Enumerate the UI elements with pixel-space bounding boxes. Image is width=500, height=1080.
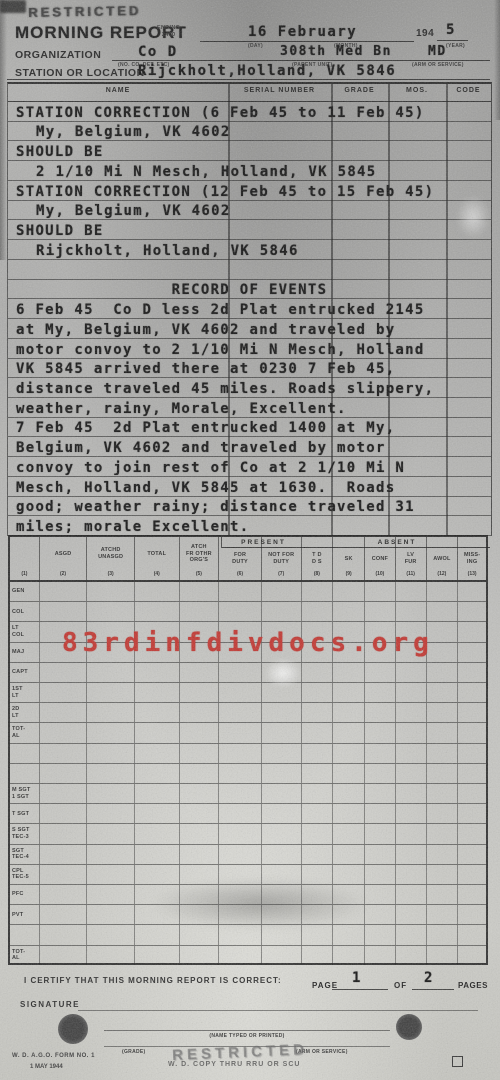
strength-cell — [427, 885, 459, 904]
strength-column-header: LV FUR (11) — [396, 537, 427, 580]
record-rows: STATION CORRECTION (6 Feb 45 to 11 Feb 4… — [8, 102, 491, 536]
column-number: (5) — [180, 571, 219, 580]
strength-cell — [427, 824, 459, 843]
column-number: (12) — [427, 571, 458, 580]
column-number: (3) — [87, 571, 134, 580]
strength-cell — [219, 845, 262, 864]
page-number: 1 — [352, 970, 362, 986]
strength-cell — [396, 602, 427, 621]
parent-unit-value: 308th Med Bn — [280, 44, 392, 59]
strength-cell — [458, 703, 486, 722]
strength-column-header: ASGD (2) — [40, 537, 88, 580]
record-row-text: convoy to join rest of Co at 2 1/10 Mi N — [16, 460, 405, 476]
strength-cell — [396, 582, 427, 601]
rank-stub: PVT — [10, 905, 40, 924]
record-row-text: VK 5845 arrived there at 0230 7 Feb 45, — [16, 361, 395, 377]
form-date: 1 MAY 1944 — [30, 1064, 63, 1070]
record-row: Belgium, VK 4602 and traveled by motor — [8, 437, 491, 457]
col-mos: MOS. — [388, 87, 446, 94]
strength-cell — [427, 865, 459, 884]
strength-cell — [135, 824, 180, 843]
column-label: AWOL — [427, 547, 458, 571]
arm-service-value: MD — [428, 44, 447, 59]
strength-cell — [135, 845, 180, 864]
strength-cell — [219, 723, 262, 742]
strength-row: S SGT TEC-3 — [10, 824, 486, 844]
strength-cell — [135, 804, 180, 823]
rank-stub: TOT- AL — [10, 946, 40, 965]
strength-cell — [458, 905, 486, 924]
strength-cell — [396, 885, 427, 904]
record-row-text: distance traveled 45 miles. Roads slippe… — [16, 381, 434, 397]
record-row-text: My, Belgium, VK 4602 — [36, 203, 231, 219]
strength-cell — [365, 905, 396, 924]
strength-cell — [40, 784, 88, 803]
record-row: My, Belgium, VK 4602 — [8, 201, 491, 221]
signature-label: SIGNATURE — [20, 1000, 80, 1009]
strength-cell — [333, 764, 365, 783]
strength-cell — [302, 925, 334, 944]
strength-cell — [427, 602, 459, 621]
record-row-text: Rijckholt, Holland, VK 5846 — [36, 243, 299, 259]
strength-cell — [40, 663, 88, 682]
column-number: (10) — [365, 571, 395, 580]
strength-cell — [219, 744, 262, 763]
punch-hole-right — [396, 1014, 422, 1040]
strength-column-header: NOT FOR DUTY (7) — [262, 537, 302, 580]
record-row: STATION CORRECTION (6 Feb 45 to 11 Feb 4… — [8, 102, 491, 122]
record-row: weather, rainy, Morale, Excellent. — [8, 398, 491, 418]
strength-cell — [219, 582, 262, 601]
record-row-text: STATION CORRECTION (12 Feb 45 to 15 Feb … — [16, 184, 434, 200]
record-row: My, Belgium, VK 4602 — [8, 122, 491, 142]
column-number: (6) — [219, 571, 261, 580]
record-row-text: Belgium, VK 4602 and traveled by motor — [16, 440, 386, 456]
year-value: 5 — [446, 22, 456, 38]
strength-row — [10, 764, 486, 784]
column-number: (9) — [333, 571, 364, 580]
strength-cell — [365, 804, 396, 823]
strength-cell — [87, 925, 135, 944]
strength-cell — [396, 946, 427, 965]
strength-column-header: AWOL (12) — [427, 537, 459, 580]
column-label: ATCHD UNASGD — [87, 537, 134, 571]
strength-cell — [180, 824, 220, 843]
strength-cell — [458, 845, 486, 864]
strength-cell — [396, 804, 427, 823]
strength-cell — [219, 683, 262, 702]
strength-cell — [135, 925, 180, 944]
column-number: (4) — [135, 571, 179, 580]
strength-cell — [333, 946, 365, 965]
strength-cell — [262, 703, 302, 722]
scan-light-blotch — [456, 195, 490, 239]
record-row-text: 2 1/10 Mi N Mesch, Holland, VK 5845 — [36, 164, 377, 180]
strength-cell — [396, 744, 427, 763]
rank-stub: T SGT — [10, 804, 40, 823]
strength-cell — [40, 602, 88, 621]
rank-stub: TOT- AL — [10, 723, 40, 742]
record-row: RECORD OF EVENTS — [8, 280, 491, 300]
strength-cell — [262, 723, 302, 742]
strength-cell — [302, 683, 334, 702]
strength-column-header: TOTAL (4) — [135, 537, 180, 580]
strength-cell — [427, 703, 459, 722]
record-row: SHOULD BE — [8, 220, 491, 240]
record-row: convoy to join rest of Co at 2 1/10 Mi N — [8, 457, 491, 477]
strength-cell — [458, 582, 486, 601]
strength-cell — [135, 784, 180, 803]
rank-stub — [10, 764, 40, 783]
strength-column-header: T D D S (8) — [302, 537, 334, 580]
strength-cell — [135, 703, 180, 722]
column-number: (1) — [10, 571, 39, 580]
record-row: VK 5845 arrived there at 0230 7 Feb 45, — [8, 359, 491, 379]
strength-cell — [135, 764, 180, 783]
record-row-text: at My, Belgium, VK 4602 and traveled by — [16, 322, 395, 338]
strength-cell — [427, 946, 459, 965]
strength-row: SGT TEC-4 — [10, 845, 486, 865]
strength-cell — [87, 764, 135, 783]
typed-name-line — [104, 1016, 390, 1031]
strength-cell — [365, 925, 396, 944]
strength-cell — [427, 764, 459, 783]
strength-column-header: (1) — [10, 537, 40, 580]
strength-cell — [427, 905, 459, 924]
pages-total: 2 — [424, 970, 434, 986]
strength-cell — [262, 784, 302, 803]
strength-cell — [365, 723, 396, 742]
record-row: distance traveled 45 miles. Roads slippe… — [8, 378, 491, 398]
strength-cell — [333, 663, 365, 682]
strength-cell — [87, 946, 135, 965]
strength-cell — [365, 602, 396, 621]
strength-cell — [302, 663, 334, 682]
strength-cell — [365, 824, 396, 843]
record-row-text: motor convoy to 2 1/10 Mi N Mesch, Holla… — [16, 342, 425, 358]
record-row-text: 7 Feb 45 2d Plat entrucked 1400 at My, — [16, 420, 395, 436]
strength-cell — [135, 663, 180, 682]
record-row: SHOULD BE — [8, 141, 491, 161]
rank-stub — [10, 744, 40, 763]
strength-cell — [180, 804, 220, 823]
strength-cell — [87, 845, 135, 864]
strength-row: 2D LT — [10, 703, 486, 723]
strength-cell — [396, 925, 427, 944]
strength-cell — [458, 925, 486, 944]
strength-cell — [333, 723, 365, 742]
strength-cell — [333, 845, 365, 864]
strength-cell — [87, 824, 135, 843]
certify-statement: I CERTIFY THAT THIS MORNING REPORT IS CO… — [24, 976, 282, 985]
strength-cell — [87, 602, 135, 621]
strength-cell — [333, 784, 365, 803]
strength-cell — [458, 885, 486, 904]
column-label — [10, 537, 39, 571]
strength-cell — [180, 744, 220, 763]
strength-cell — [365, 582, 396, 601]
strength-column-headers: (1) ASGD (2) ATCHD UNASGD (3) TOTAL (4) … — [10, 537, 486, 580]
strength-cell — [219, 824, 262, 843]
strength-cell — [40, 905, 88, 924]
strength-cell — [40, 885, 88, 904]
strength-cell — [333, 824, 365, 843]
strength-cell — [458, 784, 486, 803]
strength-cell — [219, 784, 262, 803]
rank-stub: PFC — [10, 885, 40, 904]
strength-row: 1ST LT — [10, 683, 486, 703]
strength-cell — [87, 905, 135, 924]
strength-cell — [262, 582, 302, 601]
strength-cell — [180, 764, 220, 783]
strength-cell — [365, 784, 396, 803]
col-serial-number: SERIAL NUMBER — [228, 87, 331, 94]
record-row-text: STATION CORRECTION (6 Feb 45 to 11 Feb 4… — [16, 105, 425, 121]
strength-cell — [427, 683, 459, 702]
column-label: CONF — [365, 547, 395, 571]
column-number: (2) — [40, 571, 87, 580]
scan-dark-blotch — [150, 878, 370, 930]
rank-stub: MAJ — [10, 643, 40, 662]
pages-label: PAGES — [458, 981, 488, 990]
strength-cell — [396, 784, 427, 803]
rank-stub: M SGT 1 SGT — [10, 784, 40, 803]
name-table-header: NAME SERIAL NUMBER GRADE MOS. CODE — [8, 84, 491, 102]
strength-cell — [396, 905, 427, 924]
strength-cell — [302, 744, 334, 763]
strength-cell — [135, 582, 180, 601]
strength-cell — [219, 663, 262, 682]
strength-cell — [427, 582, 459, 601]
column-number: (11) — [396, 571, 426, 580]
strength-cell — [458, 622, 486, 641]
strength-cell — [40, 582, 88, 601]
strength-cell — [458, 744, 486, 763]
strength-cell — [135, 723, 180, 742]
strength-cell — [219, 804, 262, 823]
strength-cell — [333, 703, 365, 722]
column-label: FOR DUTY — [219, 547, 261, 571]
strength-row: GEN — [10, 582, 486, 602]
strength-cell — [302, 946, 334, 965]
strength-cell — [458, 764, 486, 783]
strength-cell — [458, 824, 486, 843]
record-row-text: RECORD OF EVENTS — [8, 282, 491, 298]
strength-cell — [40, 683, 88, 702]
ending-2400-label: ENDING 2400 — [157, 25, 180, 38]
strength-cell — [262, 764, 302, 783]
record-row: good; weather rainy; distance traveled 3… — [8, 497, 491, 517]
strength-column-header: FOR DUTY (6) — [219, 537, 262, 580]
column-label: LV FUR — [396, 547, 426, 571]
column-label: ATCH FR OTHR ORG'S — [180, 537, 219, 571]
strength-row: CAPT — [10, 663, 486, 683]
strength-cell — [396, 845, 427, 864]
column-number: (7) — [262, 571, 301, 580]
strength-cell — [302, 804, 334, 823]
column-label: T D D S — [302, 547, 333, 571]
strength-cell — [302, 824, 334, 843]
strength-cell — [40, 865, 88, 884]
rank-stub: COL — [10, 602, 40, 621]
strength-cell — [365, 703, 396, 722]
strength-row: TOT- AL — [10, 946, 486, 965]
strength-cell — [365, 865, 396, 884]
record-row: motor convoy to 2 1/10 Mi N Mesch, Holla… — [8, 339, 491, 359]
record-row-text: My, Belgium, VK 4602 — [36, 124, 231, 140]
date-value: 16 February — [248, 24, 357, 40]
strength-cell — [87, 784, 135, 803]
strength-cell — [87, 744, 135, 763]
record-row-text: miles; morale Excellent. — [16, 519, 250, 535]
strength-cell — [427, 663, 459, 682]
strength-cell — [333, 602, 365, 621]
rank-stub: LT COL — [10, 622, 40, 641]
watermark: 83rdinfdivdocs.org — [62, 628, 434, 658]
strength-column-header: MISS- ING (13) — [458, 537, 486, 580]
strength-cell — [427, 804, 459, 823]
strength-cell — [180, 723, 220, 742]
strength-cell — [135, 946, 180, 965]
strength-cell — [458, 683, 486, 702]
year-prefix: 194 — [416, 28, 434, 39]
strength-cell — [458, 865, 486, 884]
record-row: Rijckholt, Holland, VK 5846 — [8, 240, 491, 260]
strength-cell — [180, 925, 220, 944]
record-row-text: SHOULD BE — [16, 223, 104, 239]
column-label: TOTAL — [135, 537, 179, 571]
col-name: NAME — [8, 87, 228, 94]
strength-cell — [333, 582, 365, 601]
record-row-text: 6 Feb 45 Co D less 2d Plat entrucked 214… — [16, 302, 425, 318]
col-grade: GRADE — [331, 87, 388, 94]
organization-label: ORGANIZATION — [15, 49, 101, 61]
strength-cell — [427, 925, 459, 944]
strength-row: T SGT — [10, 804, 486, 824]
strength-cell — [302, 582, 334, 601]
strength-cell — [458, 643, 486, 662]
organization-value: Co D — [138, 44, 178, 60]
strength-cell — [302, 703, 334, 722]
strength-cell — [219, 946, 262, 965]
strength-cell — [333, 865, 365, 884]
strength-cell — [180, 946, 220, 965]
strength-cell — [333, 744, 365, 763]
strength-cell — [87, 723, 135, 742]
strength-cell — [302, 784, 334, 803]
grade-sublabel: (GRADE) — [122, 1049, 146, 1055]
column-number: (8) — [302, 571, 333, 580]
strength-cell — [262, 602, 302, 621]
strength-cell — [219, 602, 262, 621]
rank-stub: 1ST LT — [10, 683, 40, 702]
rank-stub: CPL TEC-5 — [10, 865, 40, 884]
strength-cell — [262, 744, 302, 763]
column-number: (13) — [458, 571, 486, 580]
strength-cell — [40, 764, 88, 783]
strength-cell — [180, 582, 220, 601]
strength-cell — [180, 663, 220, 682]
strength-cell — [365, 683, 396, 702]
record-row: 6 Feb 45 Co D less 2d Plat entrucked 214… — [8, 299, 491, 319]
record-row-text: SHOULD BE — [16, 144, 104, 160]
strength-column-header: SK (9) — [333, 537, 365, 580]
strength-cell — [333, 683, 365, 702]
strength-cell — [135, 865, 180, 884]
strength-cell — [262, 804, 302, 823]
strength-cell — [427, 845, 459, 864]
strength-cell — [365, 845, 396, 864]
strength-cell — [262, 845, 302, 864]
strength-cell — [365, 744, 396, 763]
strength-cell — [87, 804, 135, 823]
punch-hole-left — [58, 1014, 88, 1044]
strength-cell — [87, 885, 135, 904]
strength-cell — [396, 683, 427, 702]
strength-row: TOT- AL — [10, 723, 486, 743]
strength-cell — [180, 683, 220, 702]
strength-cell — [40, 946, 88, 965]
column-label: MISS- ING — [458, 547, 486, 571]
strength-cell — [219, 703, 262, 722]
strength-cell — [458, 723, 486, 742]
strength-cell — [40, 925, 88, 944]
footer-checkbox — [452, 1056, 463, 1067]
strength-cell — [40, 703, 88, 722]
strength-cell — [40, 804, 88, 823]
strength-cell — [458, 602, 486, 621]
col-code: CODE — [446, 87, 491, 94]
strength-cell — [40, 845, 88, 864]
strength-cell — [262, 946, 302, 965]
strength-cell — [302, 723, 334, 742]
rank-stub: 2D LT — [10, 703, 40, 722]
strength-cell — [180, 602, 220, 621]
strength-cell — [219, 764, 262, 783]
strength-cell — [333, 804, 365, 823]
strength-cell — [427, 744, 459, 763]
strength-column-header: ATCH FR OTHR ORG'S (5) — [180, 537, 220, 580]
scan-light-blotch — [264, 658, 302, 688]
record-row — [8, 260, 491, 280]
strength-cell — [87, 582, 135, 601]
form-number: W. D. A.G.O. FORM NO. 1 — [12, 1053, 95, 1059]
strength-row — [10, 744, 486, 764]
strength-cell — [427, 784, 459, 803]
strength-cell — [262, 824, 302, 843]
strength-cell — [180, 845, 220, 864]
record-row-text: good; weather rainy; distance traveled 3… — [16, 499, 415, 515]
strength-cell — [458, 804, 486, 823]
record-row: Mesch, Holland, VK 5845 at 1630. Roads — [8, 477, 491, 497]
strength-column-header: CONF (10) — [365, 537, 396, 580]
record-row: miles; morale Excellent. — [8, 516, 491, 536]
strength-cell — [87, 663, 135, 682]
strength-cell — [40, 824, 88, 843]
strength-cell — [87, 703, 135, 722]
strength-cell — [302, 602, 334, 621]
strength-cell — [365, 764, 396, 783]
record-row: STATION CORRECTION (12 Feb 45 to 15 Feb … — [8, 181, 491, 201]
strength-row: COL — [10, 602, 486, 622]
strength-table-header: PRESENT ABSENT (1) ASGD (2) ATCHD UNASGD… — [10, 537, 486, 582]
strength-cell — [365, 663, 396, 682]
strength-cell — [87, 683, 135, 702]
column-label: NOT FOR DUTY — [262, 547, 301, 571]
signature-line — [78, 996, 478, 1011]
record-row: at My, Belgium, VK 4602 and traveled by — [8, 319, 491, 339]
strength-cell — [40, 723, 88, 742]
